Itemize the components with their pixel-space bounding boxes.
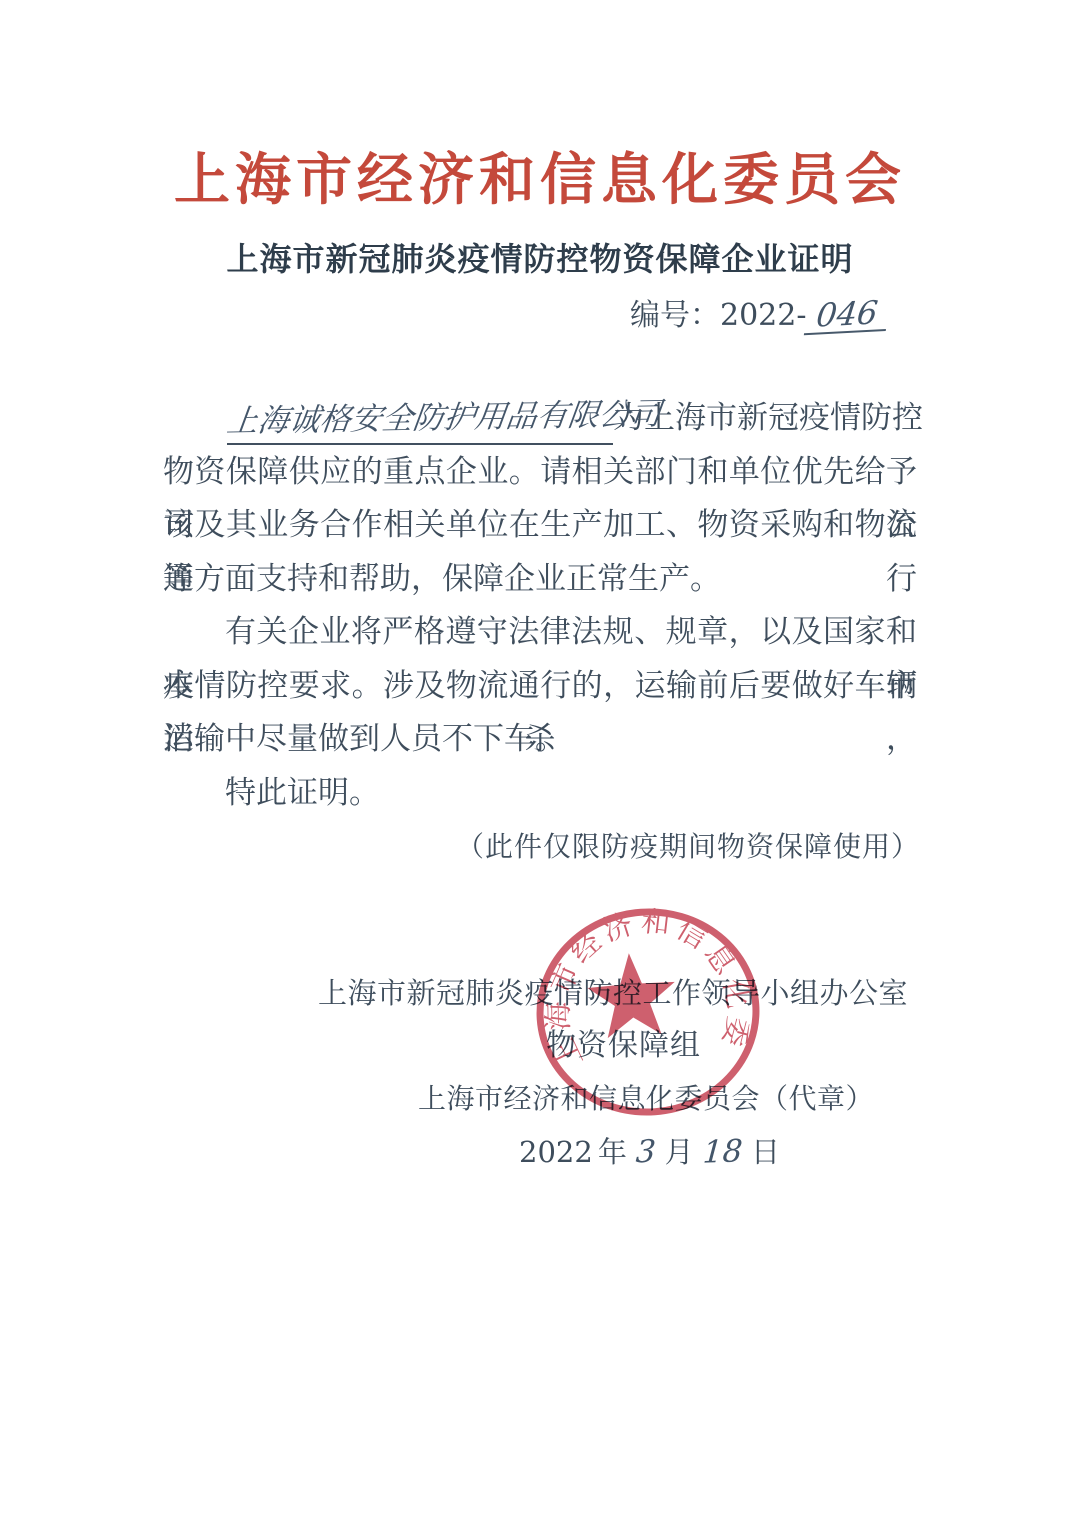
date-day-handwritten: 18 (701, 1134, 743, 1169)
serial-prefix: 2022- (720, 298, 806, 333)
letter-body: 上海诚格安全防护用品有限公司为上海市新冠疫情防控 物资保障供应的重点企业。请相关… (163, 392, 917, 874)
usage-note: （此件仅限防疫期间物资保障使用） (163, 820, 917, 874)
body-line: 有关企业将严格遵守法律法规、规章，以及国家和本市 (163, 606, 917, 660)
serial-label: 编号： (630, 298, 720, 333)
body-line-company: 上海诚格安全防护用品有限公司为上海市新冠疫情防控 (163, 392, 917, 446)
company-name-blank: 上海诚格安全防护用品有限公司 (227, 395, 613, 445)
serial-number-handwritten: 046 (804, 295, 890, 336)
org-title: 上海市经济和信息化委员会 (0, 136, 1080, 216)
date-month-handwritten: 3 (635, 1135, 657, 1170)
doc-title: 上海市新冠肺炎疫情防控物资保障企业证明 (0, 234, 1080, 280)
serial-number-row: 编号：2022-046 (630, 290, 888, 334)
seal-star (585, 950, 678, 1039)
company-name-handwritten: 上海诚格安全防护用品有限公司 (224, 391, 664, 445)
closing-line: 特此证明。 (163, 767, 917, 821)
body-line: 疫情防控要求。涉及物流通行的，运输前后要做好车辆消杀， (163, 660, 917, 714)
official-seal: 上海市经济和信息化委员会 (514, 878, 783, 1147)
certificate-page: 上海市经济和信息化委员会 上海市新冠肺炎疫情防控物资保障企业证明 编号：2022… (0, 0, 1080, 1528)
date-month-unit: 月 (665, 1135, 694, 1169)
body-line: 物资保障供应的重点企业。请相关部门和单位优先给予该公 (163, 446, 917, 500)
body-line: 司及其业务合作相关单位在生产加工、物资采购和物流通行 (163, 499, 917, 553)
date-day-unit: 日 (751, 1135, 780, 1169)
